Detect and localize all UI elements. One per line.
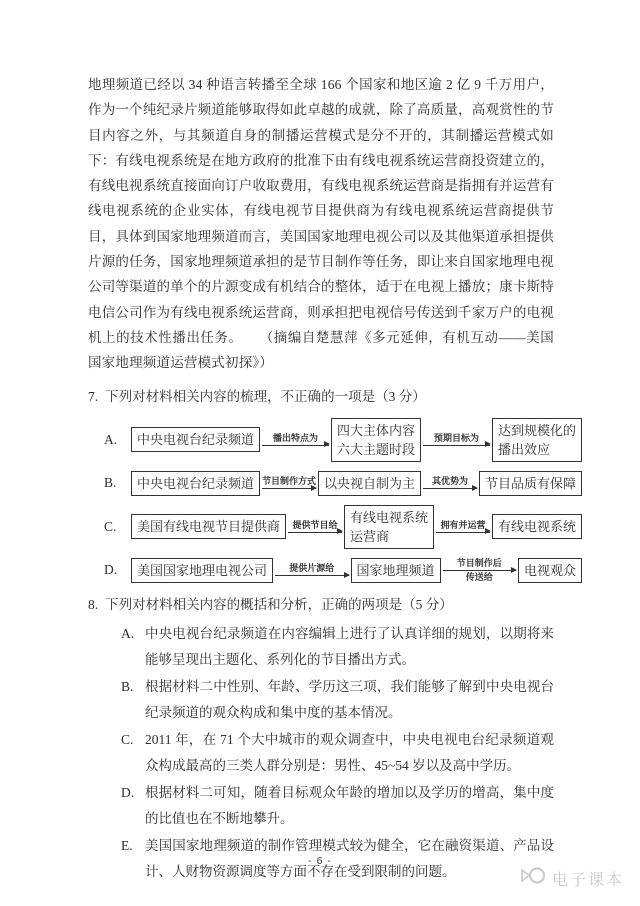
flow-box: 四大主体内容 六大主题时段 <box>331 418 421 462</box>
option-letter: B. <box>104 475 131 491</box>
flow-box: 国家地理频道 <box>351 558 441 583</box>
arrow-label: 播出特点为 <box>273 433 318 443</box>
flow-arrow: 节目制作方式 <box>262 476 316 490</box>
question-8-options: A.中央电视台纪录频道在内容编辑上进行了认真详细的规划，以期将来能够呈现出主题化… <box>88 621 554 886</box>
diagram-row-a: A. 中央电视台纪录频道 播出特点为 四大主体内容 六大主题时段 预期目标为 达… <box>104 418 582 462</box>
arrow-line <box>262 488 316 489</box>
flow-arrow: 提供片源给 <box>275 563 348 577</box>
arrow-label: 提供节目给 <box>293 520 338 530</box>
arrow-line <box>275 575 348 576</box>
watermark-text: 电子课本 <box>552 867 624 890</box>
flow-arrow: 其优势为 <box>423 476 477 490</box>
flow-box: 达到规模化的 播出效应 <box>492 418 582 462</box>
option-letter: B. <box>121 674 133 701</box>
q8-option-a: A.中央电视台纪录频道在内容编辑上进行了认真详细的规划，以期将来能够呈现出主题化… <box>88 621 554 674</box>
q8-option-b: B.根据材料二中性别、年龄、学历这三项，我们能够了解到中央电视台纪录频道的观众构… <box>88 674 554 727</box>
diagram-row-b: B. 中央电视台纪录频道 节目制作方式 以央视自制为主 其优势为 节目品质有保障 <box>104 471 582 496</box>
flow-box: 有线电视系统 <box>492 514 582 539</box>
question-8-heading: 8.下列对材料相关内容的概括和分析，正确的两项是（5 分） <box>88 592 554 617</box>
paragraph-text: 地理频道已经以 34 种语言转播至全球 166 个国家和地区逾 2 亿 9 千万… <box>88 77 554 345</box>
arrowhead-icon <box>511 567 517 573</box>
arrowhead-icon <box>344 572 350 578</box>
q8-option-d: D.根据材料二可知，随着目标观众年龄的增加以及学历的增高，集中度的比值也在不断地… <box>88 780 554 833</box>
question-7-number: 7. <box>88 389 98 404</box>
question-8-text: 下列对材料相关内容的概括和分析，正确的两项是（5 分） <box>105 597 453 612</box>
arrow-line <box>262 445 329 446</box>
option-letter: D. <box>121 780 134 807</box>
arrowhead-icon <box>324 441 330 447</box>
arrow-label: 拥有并运营 <box>441 520 486 530</box>
option-text: 根据材料二可知，随着目标观众年龄的增加以及学历的增高，集中度的比值也在不断地攀升… <box>145 785 554 827</box>
arrow-label: 节目制作方式 <box>262 476 316 486</box>
diagram-row-d: D. 美国国家地理电视公司 提供片源给 国家地理频道 节目制作后 传送给 电视观… <box>104 558 582 583</box>
arrow-line <box>423 445 490 446</box>
body-paragraph: 地理频道已经以 34 种语言转播至全球 166 个国家和地区逾 2 亿 9 千万… <box>88 72 554 376</box>
flow-box: 有线电视系统 运营商 <box>344 505 434 549</box>
option-text: 根据材料二中性别、年龄、学历这三项，我们能够了解到中央电视台纪录频道的观众构成和… <box>145 679 554 721</box>
option-letter: C. <box>104 519 131 535</box>
arrow-label: 其优势为 <box>432 476 468 486</box>
arrow-line <box>423 488 477 489</box>
option-letter: D. <box>104 562 131 578</box>
flow-arrow: 预期目标为 <box>423 433 490 447</box>
flow-box: 以央视自制为主 <box>318 471 421 496</box>
arrowhead-icon <box>472 485 478 491</box>
flow-arrow: 播出特点为 <box>262 433 329 447</box>
diagram-row-c: C. 美国有线电视节目提供商 提供节目给 有线电视系统 运营商 拥有并运营 有线… <box>104 505 582 549</box>
flow-box: 节目品质有保障 <box>479 471 582 496</box>
option-letter: A. <box>121 621 134 648</box>
arrow-label: 预期目标为 <box>434 433 479 443</box>
option-letter: A. <box>104 432 131 448</box>
exam-page: 地理频道已经以 34 种语言转播至全球 166 个国家和地区逾 2 亿 9 千万… <box>0 0 640 906</box>
flow-box: 中央电视台纪录频道 <box>131 471 260 496</box>
arrowhead-icon <box>337 528 343 534</box>
option-text: 2011 年，在 71 个大中城市的观众调查中，中央电视电台纪录频道观众构成最高… <box>145 732 554 774</box>
question-7-heading: 7.下列对材料相关内容的梳理，不正确的一项是（3 分） <box>88 384 554 409</box>
option-text: 中央电视台纪录频道在内容编辑上进行了认真详细的规划，以期将来能够呈现出主题化、系… <box>145 626 554 668</box>
option-letter: C. <box>121 727 133 754</box>
flow-arrow: 提供节目给 <box>288 520 342 534</box>
question-8-number: 8. <box>88 597 98 612</box>
arrow-line <box>436 532 490 533</box>
arrow-label: 节目制作后 <box>457 558 502 568</box>
flow-box: 美国有线电视节目提供商 <box>131 514 286 539</box>
flow-box: 电视观众 <box>518 558 582 583</box>
flow-arrow: 拥有并运营 <box>436 520 490 534</box>
question-7-text: 下列对材料相关内容的梳理，不正确的一项是（3 分） <box>105 389 426 404</box>
flow-box: 中央电视台纪录频道 <box>131 427 260 452</box>
arrowhead-icon <box>311 485 317 491</box>
watermark-logo-icon <box>520 866 547 890</box>
flow-box: 美国国家地理电视公司 <box>131 558 273 583</box>
watermark: 电子课本 <box>520 866 624 890</box>
arrow-label-bottom: 传送给 <box>466 572 493 582</box>
arrow-label: 提供片源给 <box>289 563 334 573</box>
arrowhead-icon <box>485 441 491 447</box>
page-content: 地理频道已经以 34 种语言转播至全球 166 个国家和地区逾 2 亿 9 千万… <box>88 72 554 886</box>
flow-arrow: 节目制作后 传送给 <box>443 558 516 582</box>
arrow-line <box>288 532 342 533</box>
arrow-line <box>443 570 516 571</box>
arrowhead-icon <box>485 528 491 534</box>
q8-option-c: C.2011 年，在 71 个大中城市的观众调查中，中央电视电台纪录频道观众构成… <box>88 727 554 780</box>
